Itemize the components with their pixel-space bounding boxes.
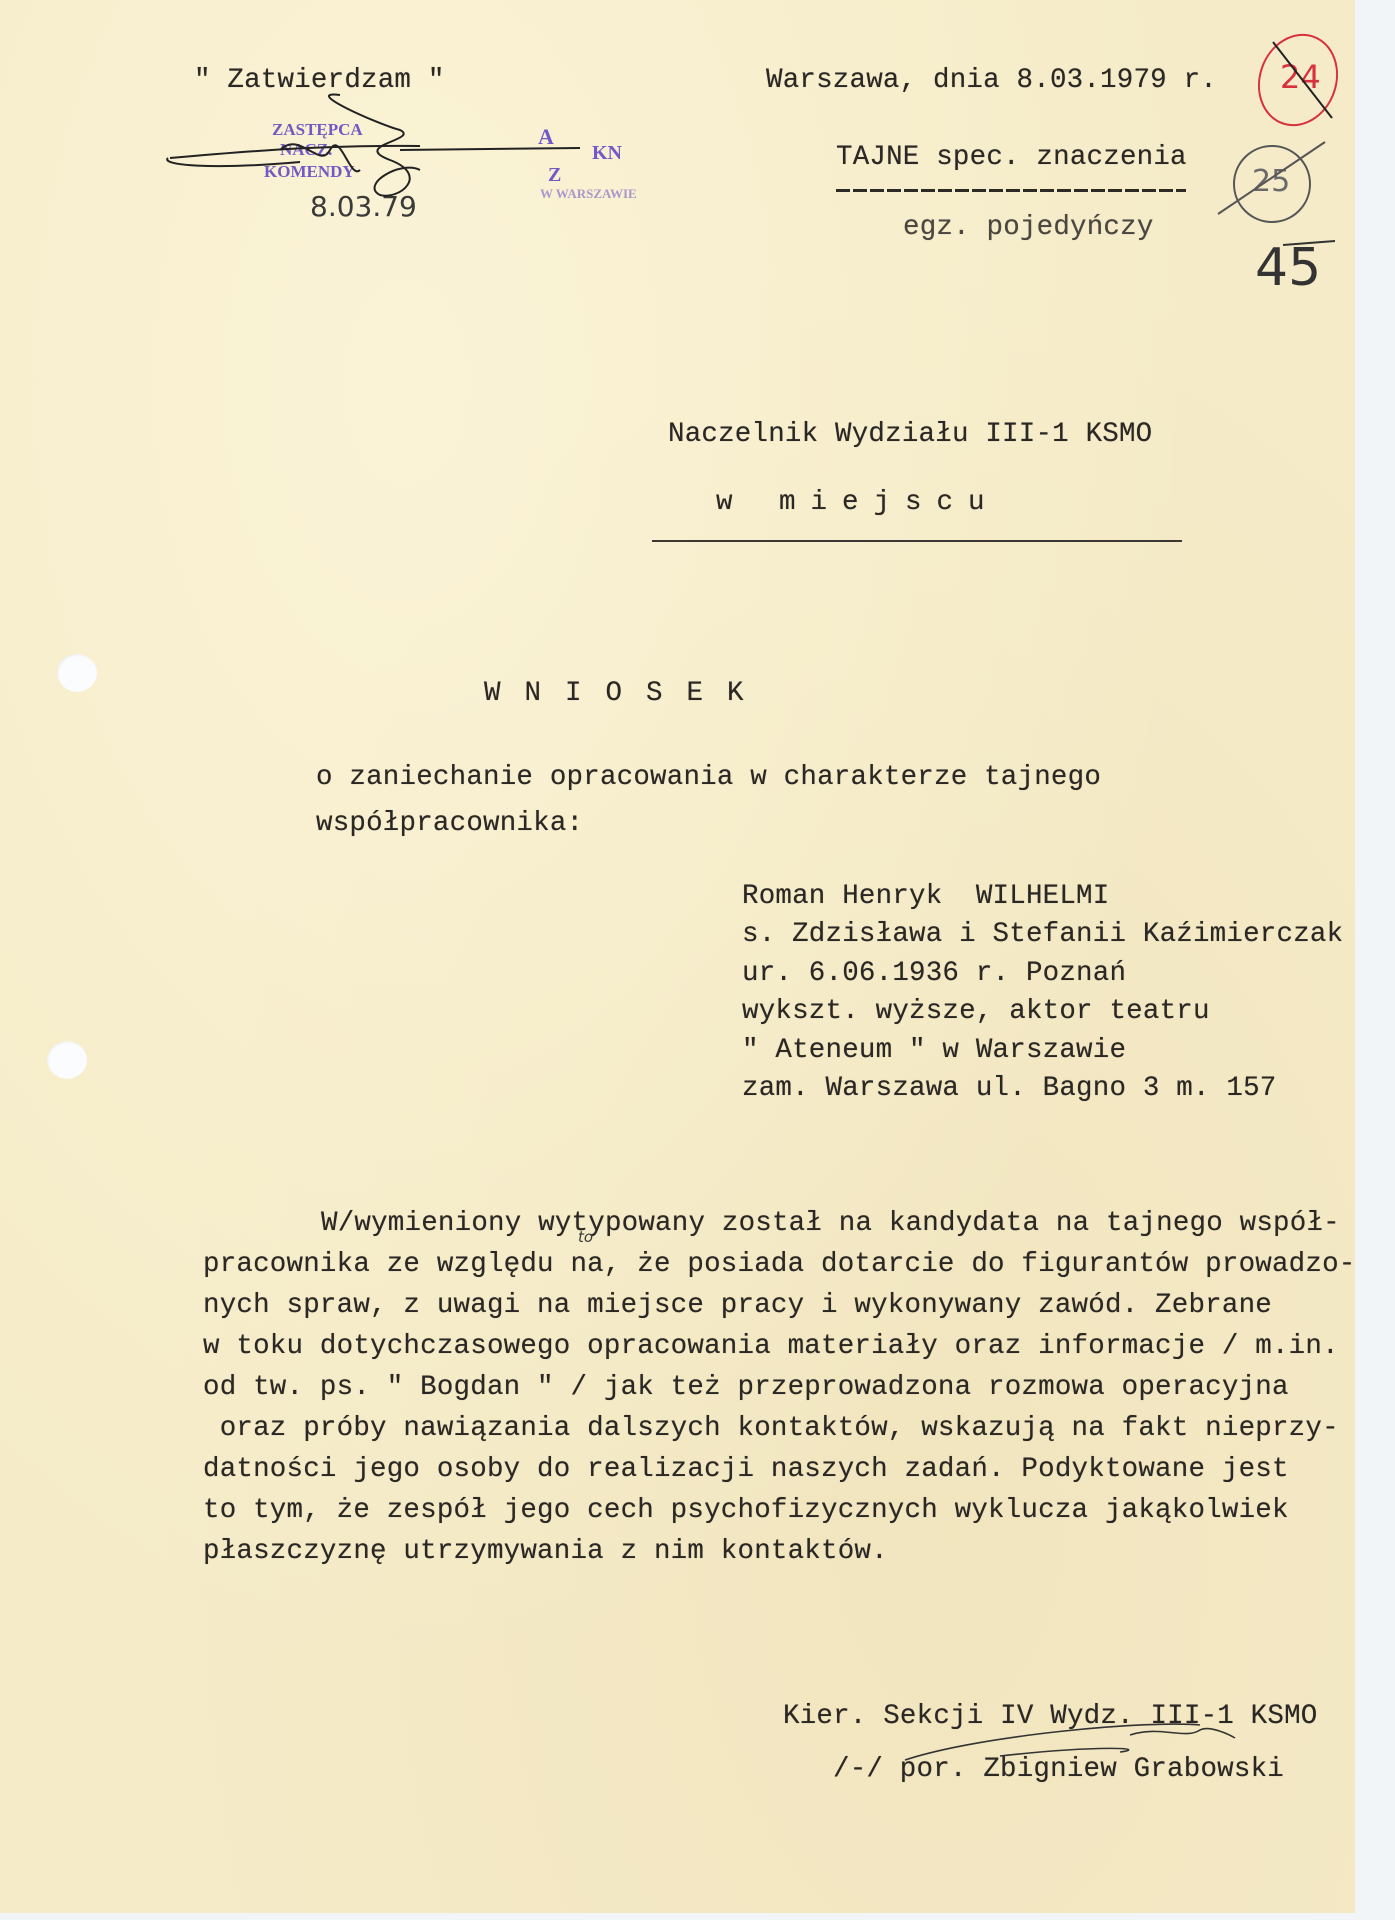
approval-signature [167,95,580,196]
strike-line-icon [1273,42,1332,118]
page-number-stroke [1283,241,1335,245]
grey-circle-icon [1234,146,1310,222]
red-circle-icon [1247,24,1350,136]
officer-signature [905,1724,1235,1760]
document-page: " Zatwierdzam " Warszawa, dnia 8.03.1979… [0,0,1355,1913]
handwriting-overlay [0,0,1355,1913]
